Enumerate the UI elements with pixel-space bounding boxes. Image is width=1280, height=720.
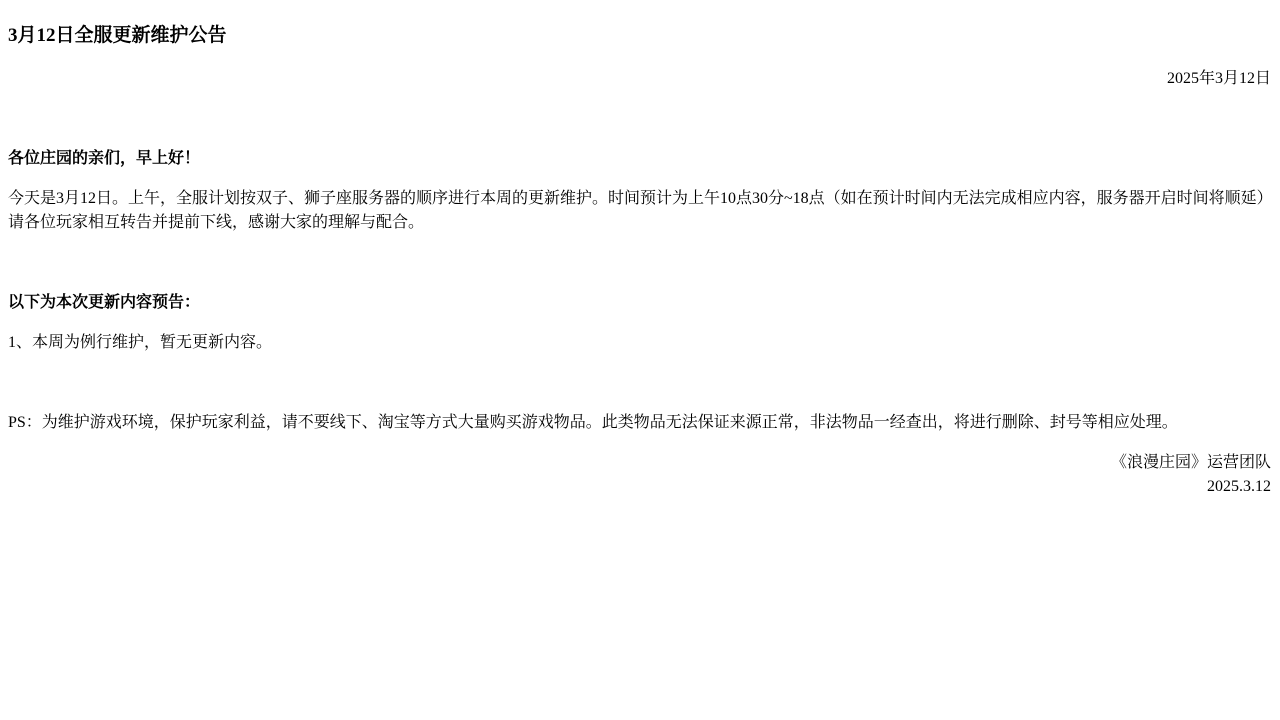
signature-date: 2025.3.12	[1207, 478, 1271, 495]
preview-heading: 以下为本次更新内容预告：	[8, 291, 1271, 315]
ps-paragraph: PS：为维护游戏环境，保护玩家利益，请不要线下、淘宝等方式大量购买游戏物品。此类…	[8, 411, 1271, 435]
announcement-date: 2025年3月12日	[8, 67, 1271, 91]
announcement-title: 3月12日全服更新维护公告	[8, 25, 1271, 48]
announcement-document: 3月12日全服更新维护公告 2025年3月12日 各位庄园的亲们，早上好！ 今天…	[0, 0, 1280, 720]
blank-line	[8, 371, 1271, 395]
blank-line	[8, 251, 1271, 275]
greeting-line: 各位庄园的亲们，早上好！	[8, 147, 1271, 171]
signature-team: 《浪漫庄园》运营团队	[1111, 454, 1271, 471]
maintenance-paragraph: 今天是3月12日。上午，全服计划按双子、狮子座服务器的顺序进行本周的更新维护。时…	[8, 187, 1271, 235]
signature-block: 《浪漫庄园》运营团队 2025.3.12	[8, 451, 1271, 499]
blank-line	[8, 107, 1271, 131]
preview-item: 1、本周为例行维护，暂无更新内容。	[8, 331, 1271, 355]
